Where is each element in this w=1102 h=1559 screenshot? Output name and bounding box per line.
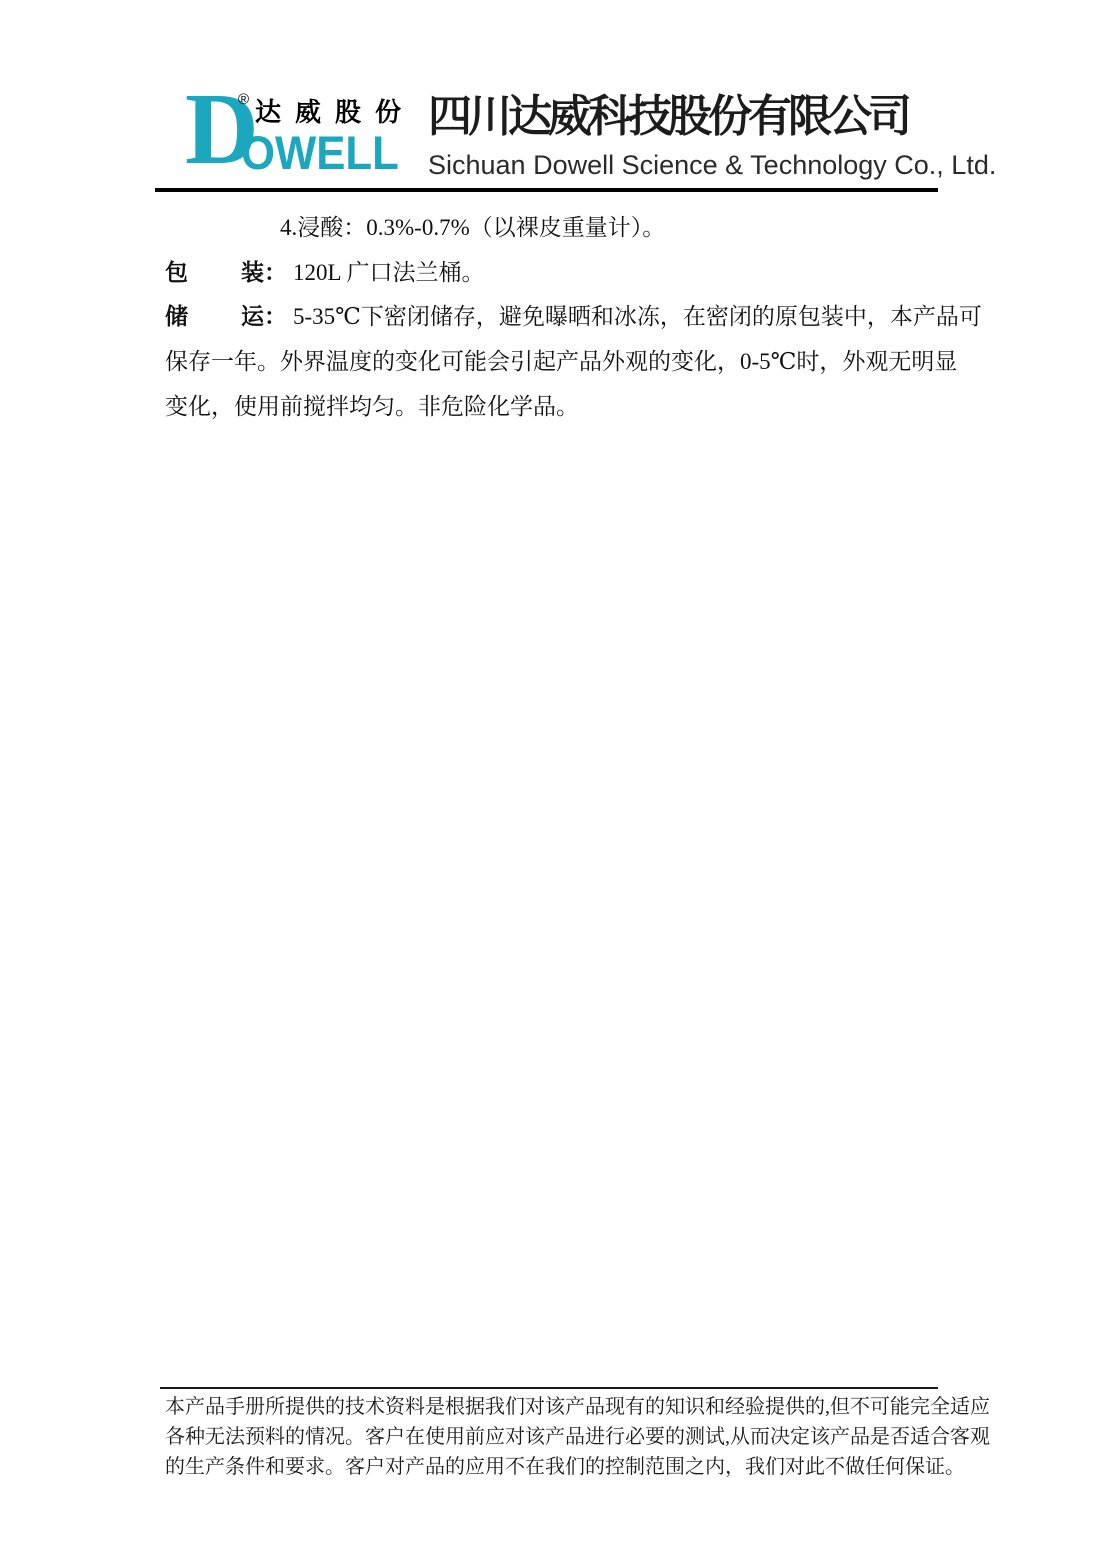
registered-trademark-icon: ® (238, 91, 249, 108)
disclaimer-line-3: 的生产条件和要求。客户对产品的应用不在我们的控制范围之内，我们对此不做任何保证。 (165, 1452, 945, 1482)
footer-divider (160, 1387, 938, 1389)
storage-paragraph: 储运：5-35℃下密闭储存，避免曝晒和冰冻，在密闭的原包装中，本产品可 保存一年… (165, 294, 943, 429)
company-name-cn: 四川达威科技股份有限公司 (428, 90, 948, 144)
dowell-logo: D ® 达威股份 OWELL (185, 93, 425, 188)
storage-line-1-text: 5-35℃下密闭储存，避免曝晒和冰冻，在密闭的原包装中，本产品可 (293, 304, 982, 329)
company-name-en: Sichuan Dowell Science & Technology Co.,… (428, 150, 948, 180)
logo-cn-name: 达威股份 (255, 99, 415, 125)
storage-line-2: 保存一年。外界温度的变化可能会引起产品外观的变化，0-5℃时，外观无明显 (165, 339, 943, 384)
header-divider (155, 188, 938, 192)
storage-label-first: 储 (165, 294, 188, 339)
packaging-text: 120L 广口法兰桶。 (293, 260, 484, 285)
storage-label-second: 运： (241, 294, 287, 339)
storage-line-1: 储运：5-35℃下密闭储存，避免曝晒和冰冻，在密闭的原包装中，本产品可 (165, 294, 943, 339)
company-name-block: 四川达威科技股份有限公司 Sichuan Dowell Science & Te… (428, 90, 948, 180)
packaging-label-first: 包 (165, 256, 188, 289)
storage-label: 储运： (165, 294, 287, 339)
packaging-label-second: 装： (241, 256, 287, 289)
logo-owell-text: OWELL (241, 129, 399, 176)
packaging-label: 包装： (165, 256, 287, 289)
footer-disclaimer: 本产品手册所提供的技术资料是根据我们对该产品现有的知识和经验提供的,但不可能完全… (165, 1392, 945, 1482)
pickling-line: 4.浸酸：0.3%-0.7%（以裸皮重量计）。 (280, 211, 665, 244)
disclaimer-line-2: 各种无法预料的情况。客户在使用前应对该产品进行必要的测试,从而决定该产品是否适合… (165, 1422, 945, 1452)
disclaimer-line-1: 本产品手册所提供的技术资料是根据我们对该产品现有的知识和经验提供的,但不可能完全… (165, 1392, 945, 1422)
datasheet-page: D ® 达威股份 OWELL 四川达威科技股份有限公司 Sichuan Dowe… (0, 0, 1102, 1559)
packaging-paragraph: 包装：120L 广口法兰桶。 (165, 256, 484, 289)
storage-line-3: 变化，使用前搅拌均匀。非危险化学品。 (165, 384, 943, 429)
